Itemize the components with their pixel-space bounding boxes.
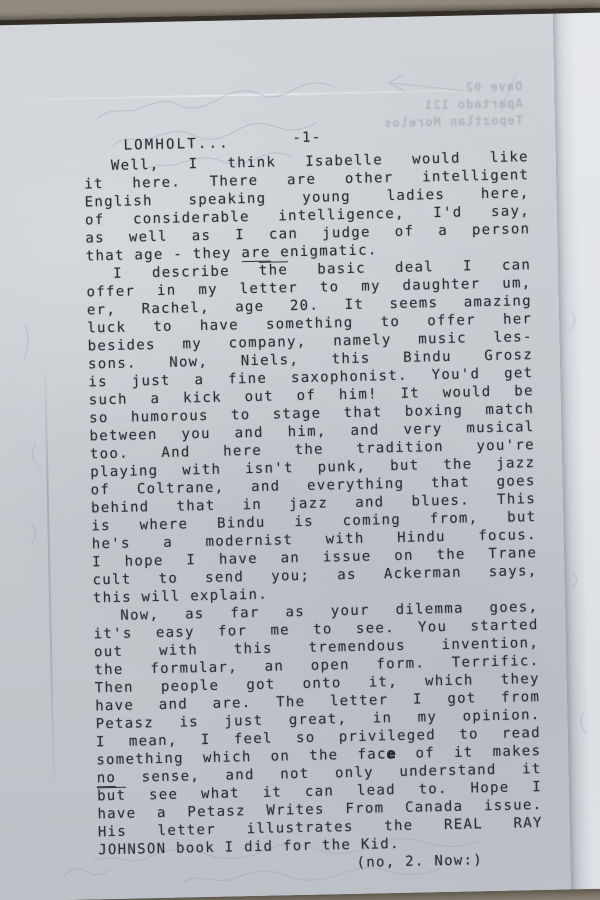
letter-page: Dave 02 Apartado 121 Tepoztlan Morelos L…: [0, 8, 600, 900]
page-number: -1-: [292, 128, 322, 147]
photo-background: Dave 02 Apartado 121 Tepoztlan Morelos L…: [0, 0, 600, 900]
page-heading: LOMHOLT...: [123, 134, 230, 154]
letter-body: Well, I think Isabelle would likeit here…: [84, 148, 544, 859]
typed-text-block: LOMHOLT... -1- Well, I think Isabelle wo…: [83, 108, 544, 877]
